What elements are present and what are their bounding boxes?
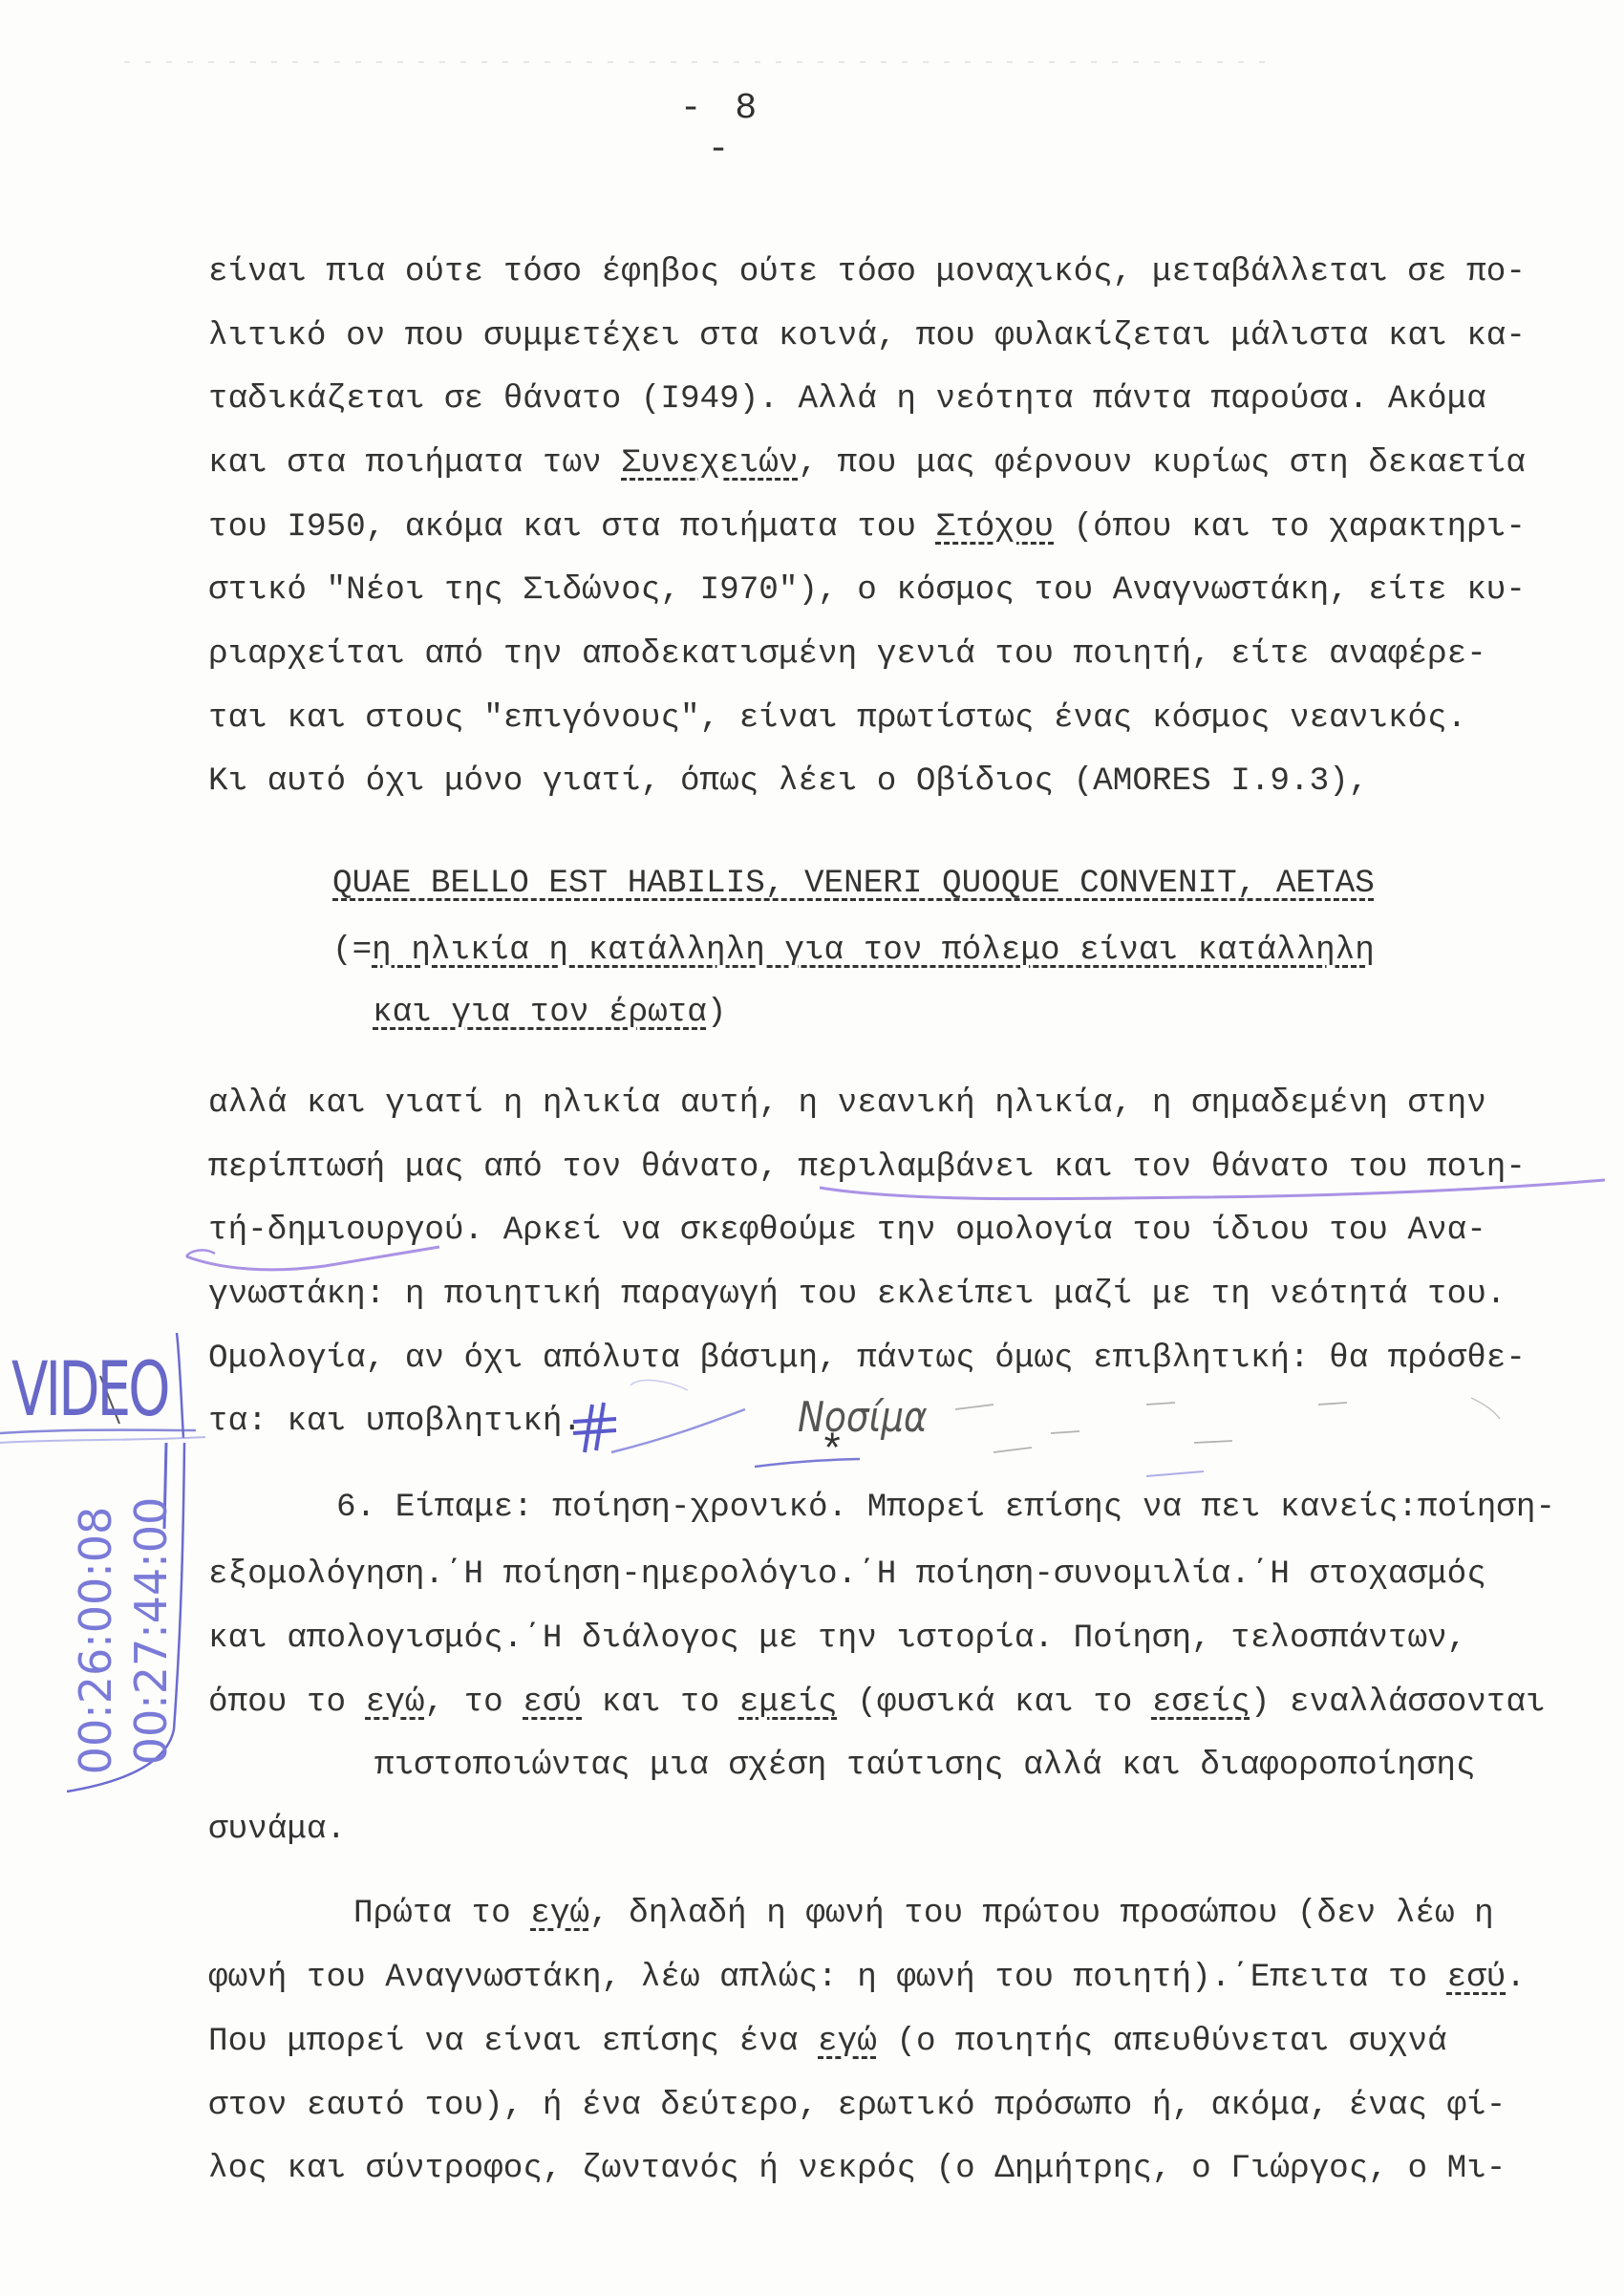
text-line: περίπτωσή μας από τον θάνατο, περιλαμβάν… [208, 1148, 1526, 1187]
text-line: είναι πια ούτε τόσο έφηβος ούτε τόσο μον… [208, 253, 1526, 291]
text-segment: και το [582, 1684, 739, 1721]
text-segment: πιστοποιώντας μια σχέση ταύτισης αλλά κα… [374, 1747, 1476, 1784]
text-segment: λιτικό ον που συμμετέχει στα κοινά, που … [208, 317, 1526, 354]
underlined-text: εγώ [530, 1895, 589, 1932]
text-line: συνάμα. [208, 1811, 346, 1849]
text-segment: τα: και υποβλητική. [208, 1403, 582, 1440]
timecode-end: 00:27:44:00 [125, 1469, 177, 1793]
text-segment: περίπτωσή μας από τον θάνατο, περιλαμβάν… [208, 1148, 1526, 1186]
text-line: και απολογισμός.΄Η διάλογος με την ιστορ… [208, 1620, 1466, 1658]
margin-label-video: VIDEO [11, 1347, 168, 1433]
text-line: Πρώτα το εγώ, δηλαδή η φωνή του πρώτου π… [353, 1895, 1494, 1933]
text-line: (=η ηλικία η κατάλληλη για τον πόλεμο εί… [332, 932, 1375, 970]
text-segment: , που μας φέρνουν κυρίως στη δεκαετία [798, 444, 1526, 482]
text-segment: , το [424, 1684, 523, 1721]
text-line: τή-δημιουργού. Αρκεί να σκεφθούμε την ομ… [208, 1212, 1486, 1250]
text-line: τα: και υποβλητική. [208, 1403, 582, 1441]
text-line: πιστοποιώντας μια σχέση ταύτισης αλλά κα… [374, 1747, 1476, 1785]
text-line: φωνή του Αναγνωστάκη, λέω απλώς: η φωνή … [208, 1959, 1526, 1997]
text-segment: (ο ποιητής απευθύνεται συχνά [877, 2023, 1447, 2060]
text-segment: στικό "Νέοι της Σιδώνος, Ι970"), ο κόσμο… [208, 571, 1526, 609]
underlined-text: Στόχου [936, 508, 1055, 546]
underlined-text: η ηλικία η κατάλληλη για τον πόλεμο είνα… [372, 932, 1375, 969]
text-line: Ομολογία, αν όχι απόλυτα βάσιμη, πάντως … [208, 1340, 1526, 1378]
text-line: όπου το εγώ, το εσύ και το εμείς (φυσικά… [208, 1684, 1546, 1722]
text-segment: Πρώτα το [353, 1895, 530, 1932]
text-line: 6. Είπαμε: ποίηση-χρονικό. Μπορεί επίσης… [336, 1489, 1555, 1527]
underlined-text: εμείς [739, 1684, 838, 1721]
text-segment: αλλά και γιατί η ηλικία αυτή, η νεανική … [208, 1084, 1486, 1122]
text-segment: (όπου και το χαρακτηρι- [1054, 508, 1526, 546]
text-segment: και απολογισμός.΄Η διάλογος με την ιστορ… [208, 1620, 1466, 1657]
text-segment: , δηλαδή η φωνή του πρώτου προσώπου (δεν… [589, 1895, 1494, 1932]
text-line: ριαρχείται από την αποδεκατισμένη γενιά … [208, 635, 1486, 674]
text-line: και για τον έρωτα) [373, 994, 726, 1032]
underlined-text: και για τον έρωτα [373, 994, 707, 1031]
text-segment: Ομολογία, αν όχι απόλυτα βάσιμη, πάντως … [208, 1340, 1526, 1377]
handwritten-word: Νοσίμα [798, 1393, 928, 1442]
text-line: γνωστάκη: η ποιητική παραγωγή του εκλείπ… [208, 1276, 1506, 1314]
text-segment: . [1506, 1959, 1526, 1996]
scan-noise [124, 61, 1271, 63]
text-line: ται και στους "επιγόνους", είναι πρωτίστ… [208, 699, 1466, 738]
text-segment: λος και σύντροφος, ζωντανός ή νεκρός (ο … [208, 2150, 1506, 2187]
text-segment: εξομολόγηση.΄Η ποίηση-ημερολόγιο.΄Η ποίη… [208, 1556, 1486, 1593]
text-segment: ) [707, 994, 727, 1031]
text-segment: (= [332, 932, 372, 969]
text-line: ταδικάζεται σε θάνατο (Ι949). Αλλά η νεό… [208, 380, 1486, 418]
asterisk-mark: * [820, 1428, 844, 1476]
text-segment: ταδικάζεται σε θάνατο (Ι949). Αλλά η νεό… [208, 380, 1486, 418]
text-line: και στα ποιήματα των Συνεχειών, που μας … [208, 444, 1526, 483]
text-segment: στον εαυτό του), ή ένα δεύτερο, ερωτικό … [208, 2087, 1506, 2124]
underlined-text: εγώ [818, 2023, 877, 2060]
text-line: Που μπορεί να είναι επίσης ένα εγώ (ο πο… [208, 2023, 1447, 2061]
underlined-text: εσύ [523, 1684, 582, 1721]
text-segment: ) εναλλάσσονται [1250, 1684, 1546, 1721]
text-line: αλλά και γιατί η ηλικία αυτή, η νεανική … [208, 1084, 1486, 1123]
page-number: - 8 - [659, 88, 783, 170]
timecode-start: 00:26:00:08 [70, 1478, 121, 1803]
text-line: εξομολόγηση.΄Η ποίηση-ημερολόγιο.΄Η ποίη… [208, 1556, 1486, 1594]
text-segment: όπου το [208, 1684, 366, 1721]
text-line: λιτικό ον που συμμετέχει στα κοινά, που … [208, 317, 1526, 355]
text-line: στον εαυτό του), ή ένα δεύτερο, ερωτικό … [208, 2087, 1506, 2125]
text-line: Κι αυτό όχι μόνο γιατί, όπως λέει ο Οβίδ… [208, 762, 1368, 801]
scanned-page: - 8 - είναι πια ούτε τόσο έφηβος ούτε τό… [0, 0, 1624, 2296]
text-segment: τή-δημιουργού. Αρκεί να σκεφθούμε την ομ… [208, 1212, 1486, 1249]
text-segment: Κι αυτό όχι μόνο γιατί, όπως λέει ο Οβίδ… [208, 762, 1368, 800]
text-segment: (φυσικά και το [838, 1684, 1152, 1721]
text-segment: Που μπορεί να είναι επίσης ένα [208, 2023, 818, 2060]
text-line: λος και σύντροφος, ζωντανός ή νεκρός (ο … [208, 2150, 1506, 2188]
text-segment: γνωστάκη: η ποιητική παραγωγή του εκλείπ… [208, 1276, 1506, 1313]
text-segment: του Ι950, ακόμα και στα ποιήματα του [208, 508, 936, 546]
text-segment: ται και στους "επιγόνους", είναι πρωτίστ… [208, 699, 1466, 737]
text-line: QUAE BELLO EST HABILIS, VENERI QUOQUE CO… [332, 865, 1375, 903]
underlined-text: εσύ [1447, 1959, 1506, 1996]
underlined-text: QUAE BELLO EST HABILIS, VENERI QUOQUE CO… [332, 865, 1375, 902]
text-segment: συνάμα. [208, 1811, 346, 1848]
text-line: στικό "Νέοι της Σιδώνος, Ι970"), ο κόσμο… [208, 571, 1526, 610]
underlined-text: εγώ [366, 1684, 425, 1721]
text-segment: φωνή του Αναγνωστάκη, λέω απλώς: η φωνή … [208, 1959, 1447, 1996]
text-segment: είναι πια ούτε τόσο έφηβος ούτε τόσο μον… [208, 253, 1526, 290]
text-segment: και στα ποιήματα των [208, 444, 621, 482]
underlined-text: εσείς [1152, 1684, 1250, 1721]
text-segment: 6. Είπαμε: ποίηση-χρονικό. Μπορεί επίσης… [336, 1489, 1555, 1526]
text-line: του Ι950, ακόμα και στα ποιήματα του Στό… [208, 508, 1526, 547]
underlined-text: Συνεχειών [621, 444, 798, 482]
text-segment: ριαρχείται από την αποδεκατισμένη γενιά … [208, 635, 1486, 673]
